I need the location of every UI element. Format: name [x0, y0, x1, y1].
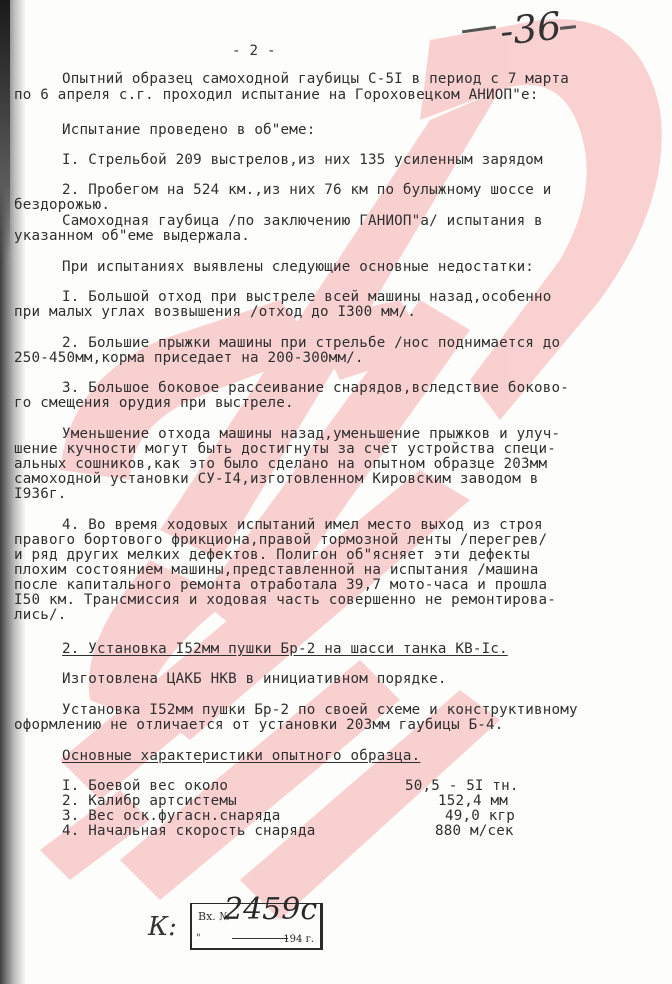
defect-2-line-2: 250-450мм,корма приседает на 200-300мм/. [14, 351, 364, 366]
defect-1-line-1: I. Большой отход при выстреле всей машин… [62, 290, 552, 305]
specs-heading: Основные характеристики опытного образца… [62, 749, 420, 764]
defect-4-line-6: I50 км. Трансмиссия и ходовая часть сове… [14, 593, 556, 608]
section-2-desc-line-2: оформлению не отличается от установки 20… [14, 718, 504, 733]
remedy-line-4: самоходной установки СУ-I4,изготовленном… [14, 472, 539, 487]
scope-heading: Испытание проведено в об"еме: [62, 123, 316, 138]
remedy-line-2: шение кучности могут быть достигнуты за … [14, 442, 556, 457]
conclusion-line-1: Самоходная гаубица /по заключению ГАНИОП… [62, 214, 543, 229]
stamp-number: 2459с [224, 892, 317, 927]
remedy-line-5: I936г. [14, 487, 66, 502]
defect-4-line-4: плохим состоянием машины,представленной … [14, 563, 539, 578]
stamp-date-line [232, 938, 288, 939]
spec-label-4: 4. Начальная скорость снаряда [62, 824, 316, 839]
defect-4-line-2: правого бортового фрикциона,правой тормо… [14, 533, 547, 548]
page-number: - 2 - [232, 44, 276, 59]
section-2-made-by: Изготовлена ЦАКБ НКВ в инициативном поря… [62, 672, 447, 687]
remedy-line-3: альных сошников,как это было сделано на … [14, 457, 547, 472]
scope-item-2-line-1: 2. Пробегом на 524 км.,из них 76 км по б… [62, 183, 552, 198]
stamp-date-prefix: " [196, 933, 201, 944]
defect-4-line-7: лись/. [14, 608, 66, 623]
defect-1-line-2: при малых углах возвышения /отход до I30… [14, 305, 416, 320]
spec-value-1: 50,5 - 5I тн. [405, 779, 519, 794]
defect-3-line-1: 3. Большое боковое рассеивание снарядов,… [62, 381, 569, 396]
spec-value-3: 49,0 кгр [445, 809, 515, 824]
section-2-desc-line-1: Установка I52мм пушки Бр-2 по своей схем… [62, 703, 578, 718]
spec-label-3: 3. Вес оск.фугасн.снаряда [62, 809, 281, 824]
document-page: -36- - 2 - Опытний образец самоходной га… [0, 0, 672, 984]
remedy-line-1: Уменьшение отхода машины назад,уменьшени… [62, 427, 560, 442]
incoming-registration-stamp: Вх. № 2459с " 194 г. [190, 903, 323, 950]
spec-value-2: 152,4 мм [438, 794, 508, 809]
section-2-heading: 2. Установка I52мм пушки Бр-2 на шасси т… [62, 642, 508, 657]
spec-label-1: I. Боевой вес около [62, 779, 228, 794]
intro-line-2: по 6 апреля с.г. проходил испытание на Г… [14, 88, 539, 103]
defect-4-line-1: 4. Во время ходовых испытаний имел место… [62, 518, 543, 533]
spec-value-4: 880 м/сек [435, 824, 514, 839]
spec-label-2: 2. Калибр артсистемы [62, 794, 237, 809]
intro-line-1: Опытний образец самоходной гаубицы С-5I … [62, 72, 569, 87]
defects-heading: При испытаниях выявлены следующие основн… [62, 260, 534, 275]
defect-2-line-1: 2. Большие прыжки машины при стрельбе /н… [62, 336, 560, 351]
defect-4-line-3: и ряд других мелких дефектов. Полигон об… [14, 548, 530, 563]
stamp-year: 194 г. [283, 934, 314, 945]
defect-3-line-2: го смещения орудия при выстреле. [14, 396, 294, 411]
conclusion-line-2: указанном об"еме выдержала. [14, 229, 250, 244]
scope-item-2-line-2: бездорожью. [14, 198, 110, 213]
scope-item-1: I. Стрельбой 209 выстрелов,из них 135 ус… [62, 153, 543, 168]
signature-mark: К: [148, 912, 177, 942]
archive-number-dash-left [462, 26, 496, 34]
defect-4-line-5: после капитального ремонта отработала 39… [14, 578, 547, 593]
